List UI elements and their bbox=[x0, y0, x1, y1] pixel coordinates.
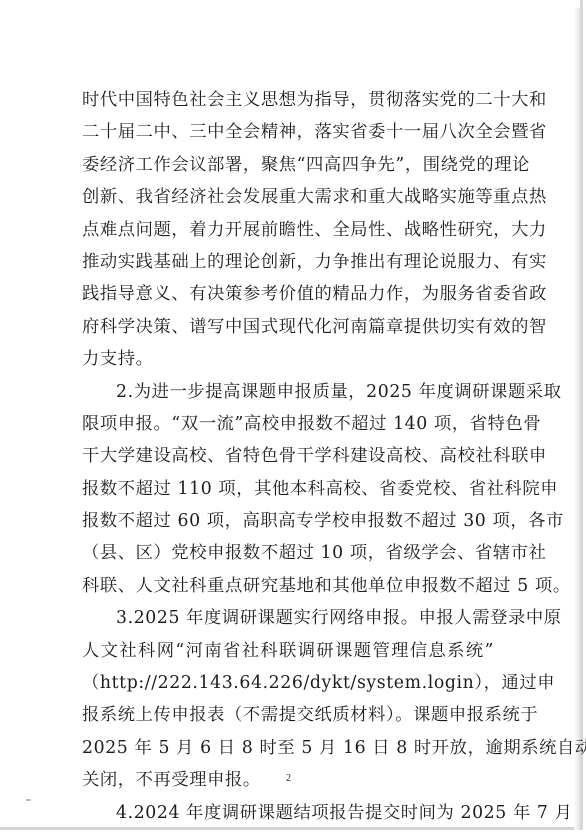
paragraph-item-3: 3.2025 年度调研课题实行网络申报。申报人需登录中原 人文社科网“河南省社科… bbox=[82, 602, 494, 796]
text-line: 4.2024 年度调研课题结项报告提交时间为 2025 年 7 月 bbox=[82, 797, 494, 829]
text-line: 府科学决策、谱写中国式现代化河南篇章提供切实有效的智 bbox=[82, 311, 494, 343]
paragraph-item-4: 4.2024 年度调研课题结项报告提交时间为 2025 年 7 月 bbox=[82, 797, 494, 829]
scan-speck bbox=[26, 799, 31, 801]
paragraph-item-2: 2.为进一步提高课题申报质量，2025 年度调研课题采取 限项申报。“双一流”高… bbox=[82, 376, 494, 603]
scan-edge-shadow bbox=[574, 8, 580, 830]
text-line: 2025 年 5 月 6 日 8 时至 5 月 16 日 8 时开放，逾期系统自… bbox=[82, 732, 494, 764]
text-line: 人文社科网“河南省社科联调研课题管理信息系统” bbox=[82, 635, 494, 667]
text-line: 3.2025 年度调研课题实行网络申报。申报人需登录中原 bbox=[82, 602, 494, 634]
text-line: 时代中国特色社会主义思想为指导，贯彻落实党的二十大和 bbox=[82, 84, 494, 116]
paragraph-intro-continued: 时代中国特色社会主义思想为指导，贯彻落实党的二十大和 二十届二中、三中全会精神，… bbox=[82, 84, 494, 376]
text-line: 委经济工作会议部署，聚焦“四高四争先”，围绕党的理论 bbox=[82, 149, 494, 181]
text-line: 报数不超过 110 项，其他本科高校、省委党校、省社科院申 bbox=[82, 473, 494, 505]
text-line: 推动实践基础上的理论创新，力争推出有理论说服力、有实 bbox=[82, 246, 494, 278]
text-line: 力支持。 bbox=[82, 343, 494, 375]
text-line: （县、区）党校申报数不超过 10 项，省级学会、省辖市社 bbox=[82, 537, 494, 569]
text-line: 2.为进一步提高课题申报质量，2025 年度调研课题采取 bbox=[82, 376, 494, 408]
text-line: 科联、人文社科重点研究基地和其他单位申报数不超过 5 项。 bbox=[82, 570, 494, 602]
text-line: 创新、我省经济社会发展重大需求和重大战略实施等重点热 bbox=[82, 181, 494, 213]
document-body: 时代中国特色社会主义思想为指导，贯彻落实党的二十大和 二十届二中、三中全会精神，… bbox=[82, 84, 494, 829]
text-line: 点难点问题，着力开展前瞻性、全局性、战略性研究，大力 bbox=[82, 214, 494, 246]
url-line: （http://222.143.64.226/dykt/system.login… bbox=[82, 667, 494, 699]
text-line: 报数不超过 60 项，高职高专学校申报数不超过 30 项，各市 bbox=[82, 505, 494, 537]
document-page: 时代中国特色社会主义思想为指导，贯彻落实党的二十大和 二十届二中、三中全会精神，… bbox=[0, 0, 583, 830]
text-line: 干大学建设高校、省特色骨干学科建设高校、高校社科联申 bbox=[82, 440, 494, 472]
page-number: 2 bbox=[286, 773, 291, 784]
text-line: 限项申报。“双一流”高校申报数不超过 140 项，省特色骨 bbox=[82, 408, 494, 440]
text-line: 二十届二中、三中全会精神，落实省委十一届八次全会暨省 bbox=[82, 116, 494, 148]
text-line: 践指导意义、有决策参考价值的精品力作，为服务省委省政 bbox=[82, 278, 494, 310]
text-line: 报系统上传申报表（不需提交纸质材料）。课题申报系统于 bbox=[82, 699, 494, 731]
